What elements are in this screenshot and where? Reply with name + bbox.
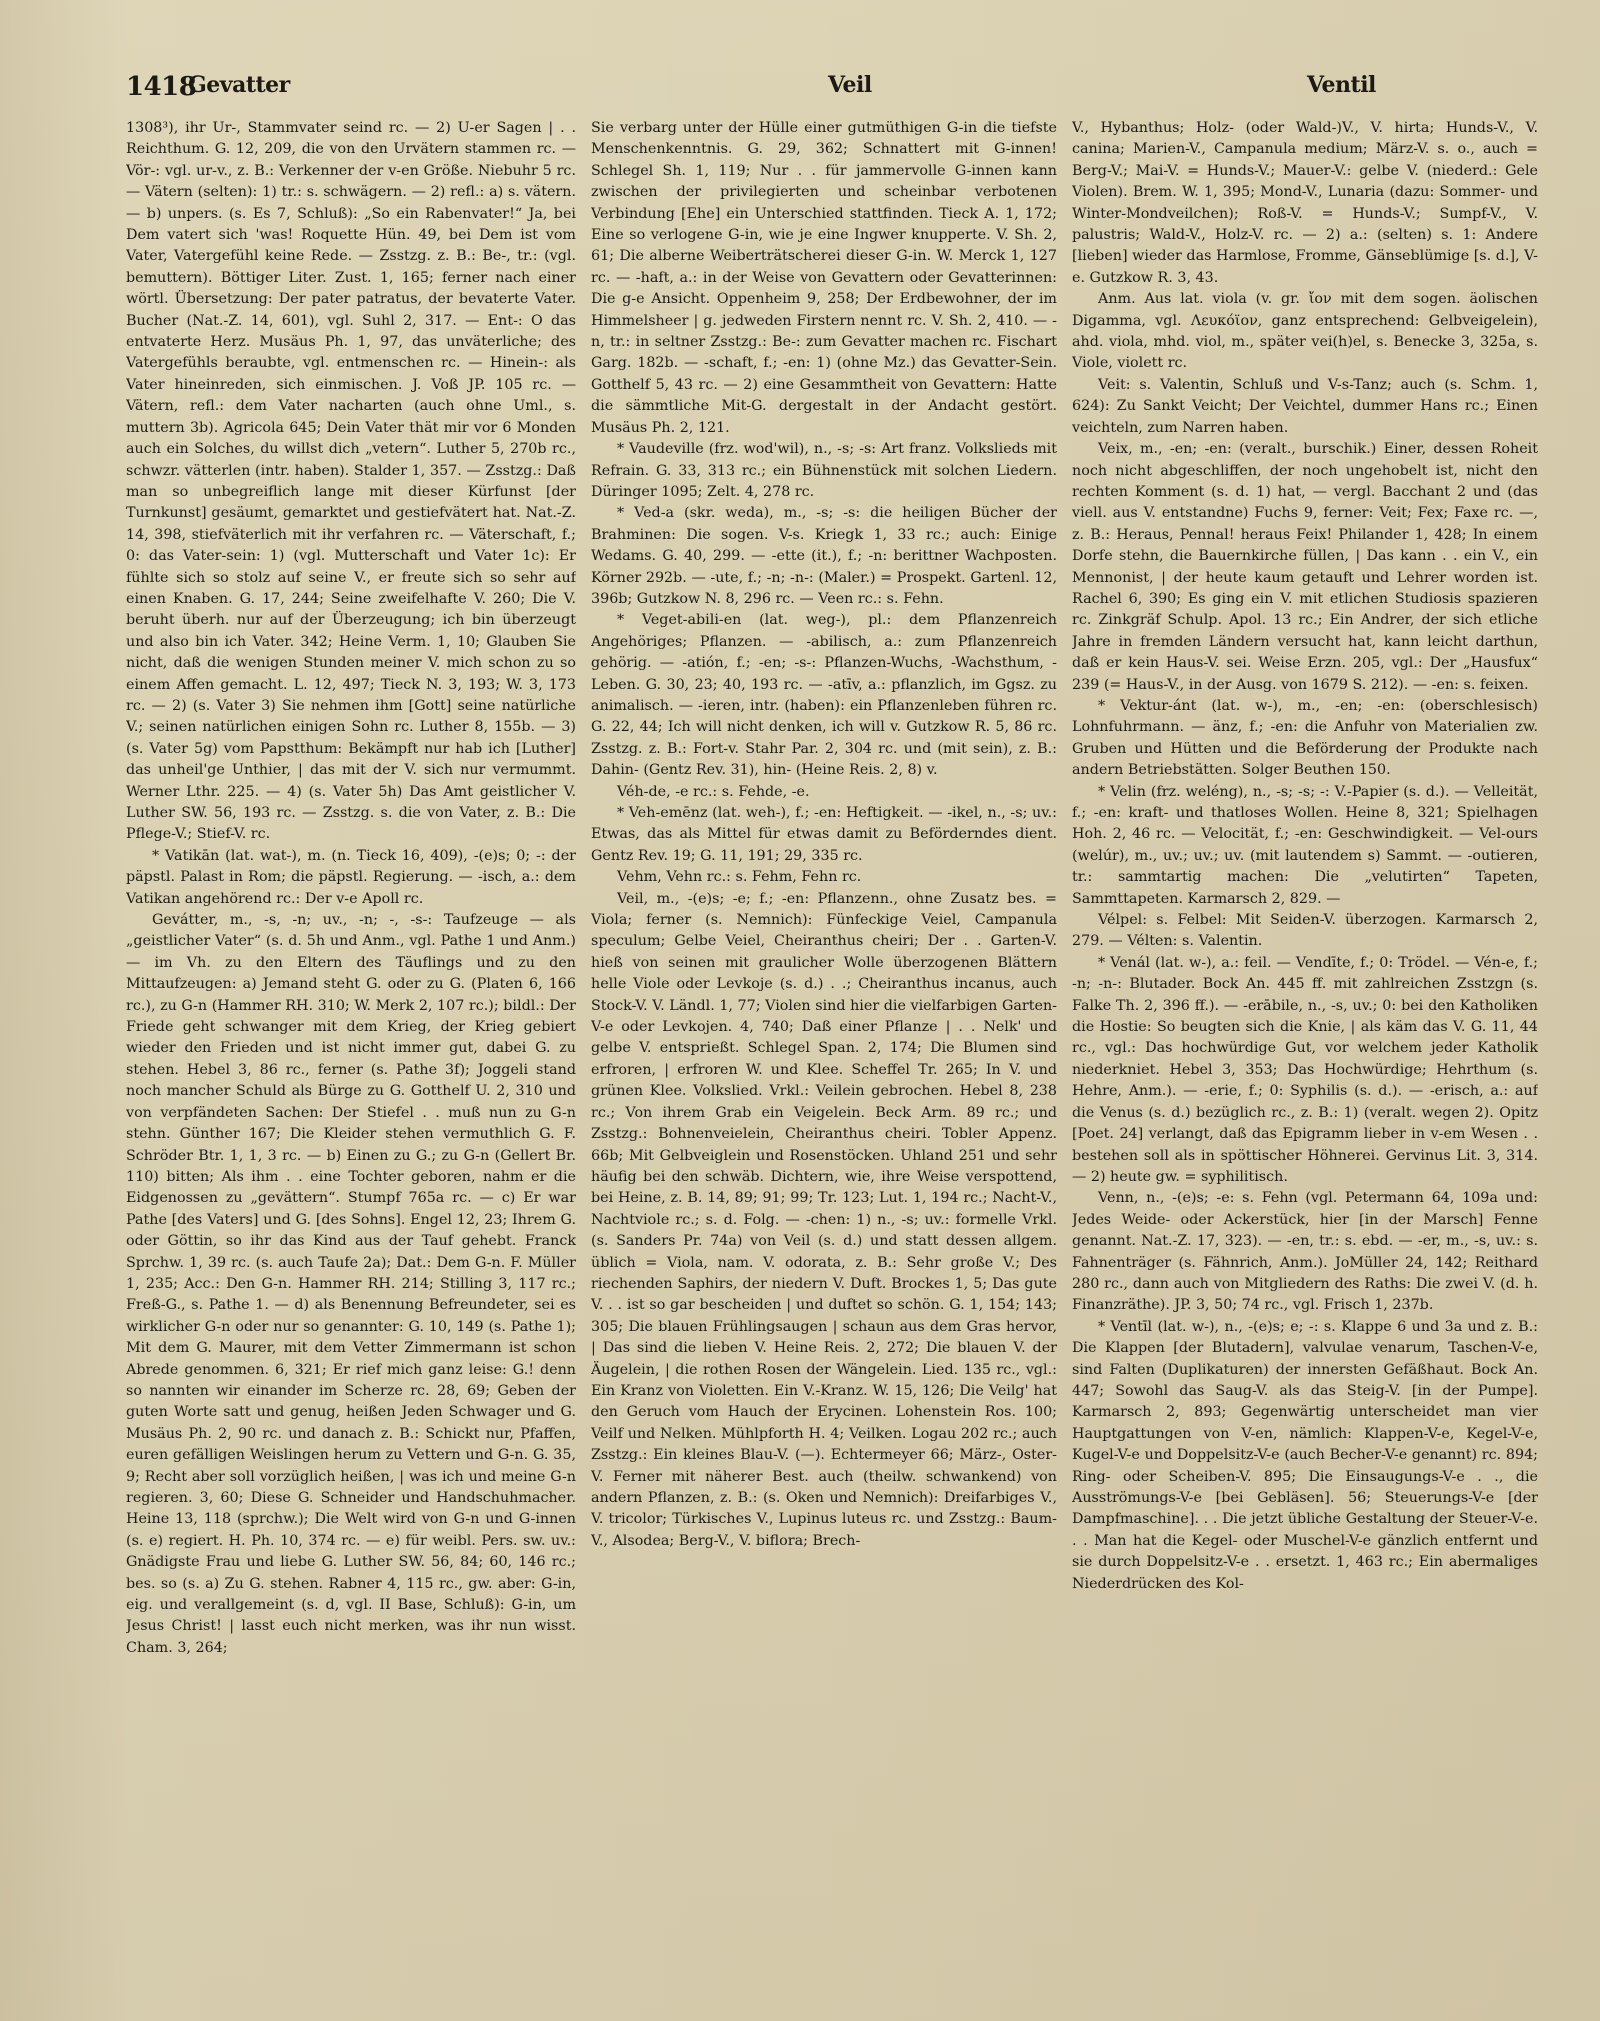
center-guide-word: Veil [828,72,872,98]
dictionary-entry: Véh-de, -e rc.: s. Fehde, -e. [591,782,1057,803]
left-guide-word: Gevatter [188,72,290,98]
dictionary-entry: * Ved-a (skr. weda), m., -s; -s: die hei… [591,503,1057,610]
page-number: 1418 [126,72,196,102]
dictionary-entry: Anm. Aus lat. viola (v. gr. ἴον mit dem … [1072,289,1538,375]
entry-continuation: 1308³), ihr Ur-, Stammvater seind rc. — … [126,118,576,846]
dictionary-entry: Vélpel: s. Felbel: Mit Seiden-V. überzog… [1072,910,1538,953]
dictionary-columns: 1308³), ihr Ur-, Stammvater seind rc. — … [126,118,1538,1893]
dictionary-entry: * Vatikān (lat. wat-), m. (n. Tieck 16, … [126,846,576,910]
column-left: 1308³), ihr Ur-, Stammvater seind rc. — … [126,118,576,1893]
dictionary-entry: Veit: s. Valentin, Schluß und V-s-Tanz; … [1072,375,1538,439]
dictionary-entry: Gevátter, m., -s, -n; uv., -n; -, -s-: T… [126,910,576,1659]
dictionary-entry: Veil, m., -(e)s; -e; f.; -en: Pflanzenn.… [591,889,1057,1553]
column-right: V., Hybanthus; Holz- (oder Wald-)V., V. … [1072,118,1538,1893]
dictionary-entry: Veix, m., -en; -en: (veralt., burschik.)… [1072,439,1538,696]
right-guide-word: Ventil [1307,72,1376,98]
page-header: 1418 Gevatter Veil Ventil [126,72,1538,112]
column-middle: Sie verbarg unter der Hülle einer gutmüt… [591,118,1057,1893]
dictionary-entry: * Vaudeville (frz. wod'wil), n., -s; -s:… [591,439,1057,503]
dictionary-entry: Vehm, Vehn rc.: s. Fehm, Fehn rc. [591,867,1057,888]
dictionary-entry: Venn, n., -(e)s; -e: s. Fehn (vgl. Peter… [1072,1188,1538,1316]
dictionary-entry: * Velin (frz. weléng), n., -s; -s; -: V.… [1072,782,1538,910]
dictionary-entry: * Vektur-ánt (lat. w-), m., -en; -en: (o… [1072,696,1538,782]
entry-continuation: Sie verbarg unter der Hülle einer gutmüt… [591,118,1057,439]
dictionary-entry: * Venál (lat. w-), a.: feil. — Vendīte, … [1072,953,1538,1188]
dictionary-entry: * Veh-emēnz (lat. weh-), f.; -en: Heftig… [591,803,1057,867]
entry-continuation: V., Hybanthus; Holz- (oder Wald-)V., V. … [1072,118,1538,289]
dictionary-entry: * Veget-abili-en (lat. weg-), pl.: dem P… [591,610,1057,781]
dictionary-entry: * Ventīl (lat. w-), n., -(e)s; e; -: s. … [1072,1317,1538,1595]
